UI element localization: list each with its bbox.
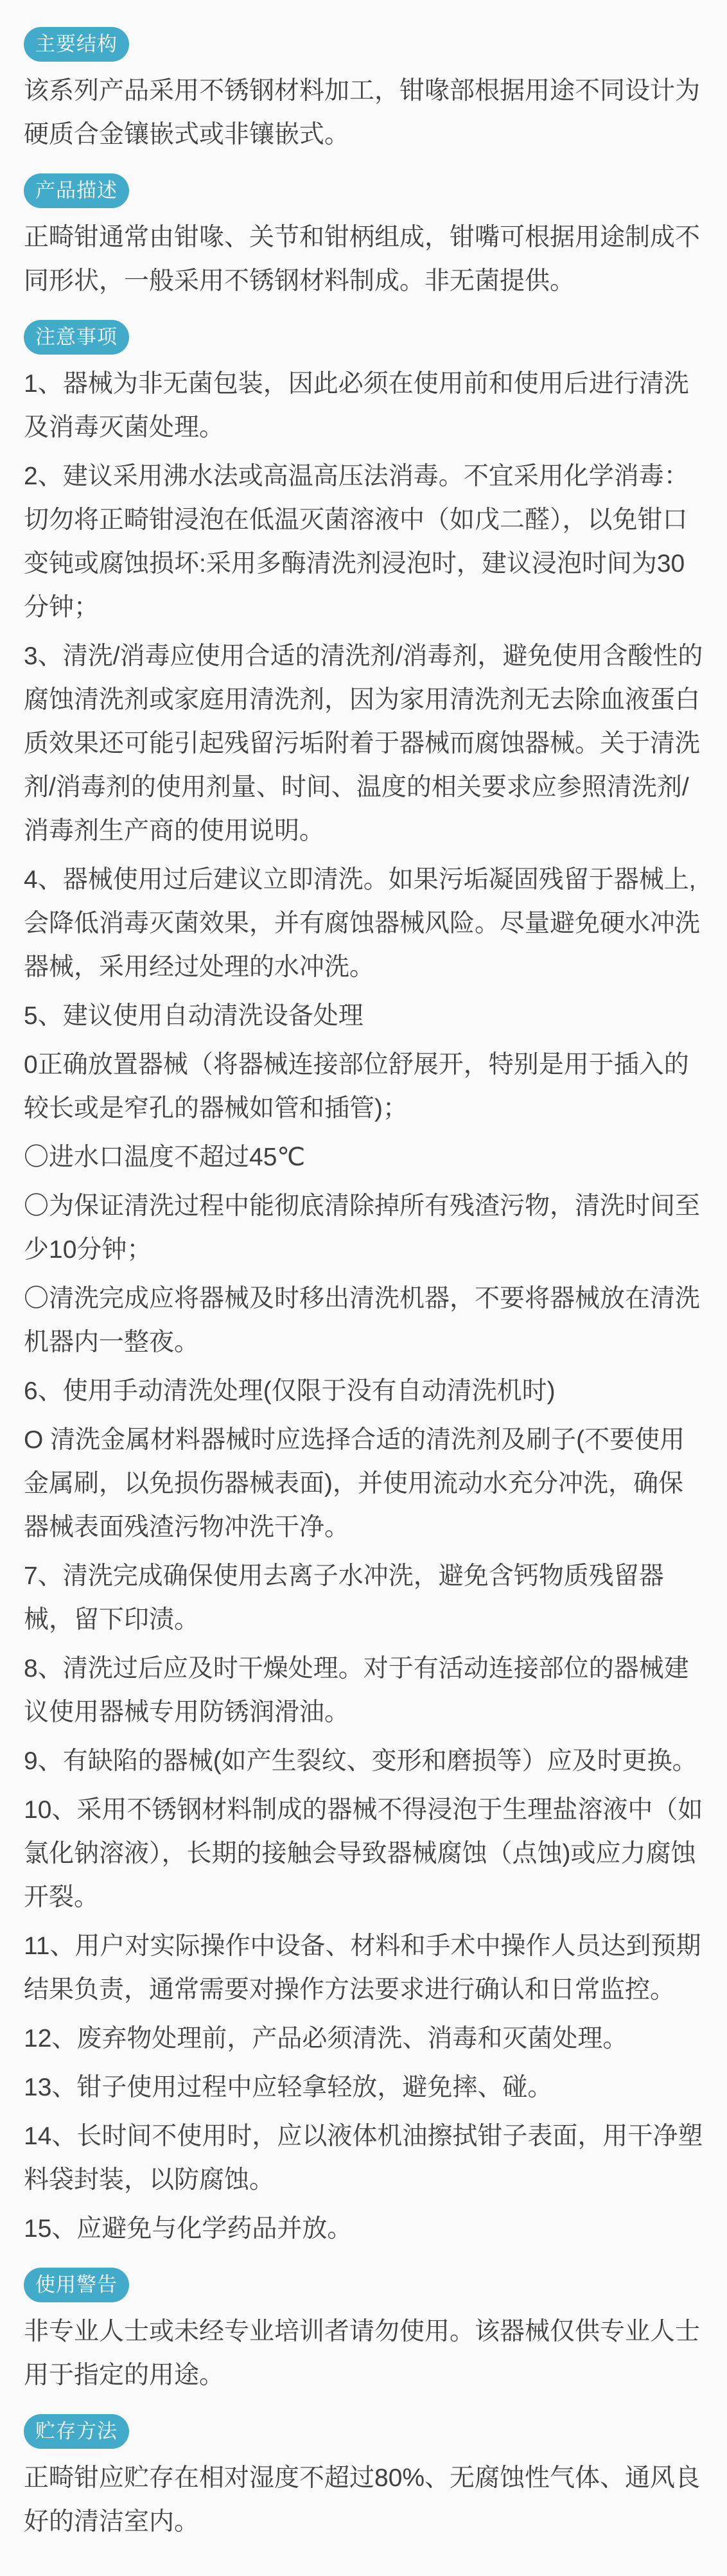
section-badge: 使用警告 [24,2268,129,2302]
section-badge: 主要结构 [24,27,129,62]
paragraph: 10、采用不锈钢材料制成的器械不得浸泡于生理盐溶液中（如氯化钠溶液），长期的接触… [24,1788,703,1919]
product-info-page: 主要结构 该系列产品采用不锈钢材料加工，钳喙部根据用途不同设计为硬质合金镶嵌式或… [0,0,727,2576]
section: 产品描述 正畸钳通常由钳喙、关节和钳柄组成，钳嘴可根据用途制成不同形状，一般采用… [24,163,703,303]
section-body: 1、器械为非无菌包装，因此必须在使用前和使用后进行清洗及消毒灭菌处理。2、建议采… [24,362,703,2251]
paragraph: 7、清洗完成确保使用去离子水冲洗，避免含钙物质残留器械，留下印渍。 [24,1555,703,1642]
section: 使用警告 非专业人士或未经专业培训者请勿使用。该器械仅供专业人士用于指定的用途。 [24,2257,703,2397]
paragraph: 4、器械使用过后建议立即清洗。如果污垢凝固残留于器械上,会降低消毒灭菌效果，并有… [24,858,703,989]
section: 主要结构 该系列产品采用不锈钢材料加工，钳喙部根据用途不同设计为硬质合金镶嵌式或… [24,27,703,157]
paragraph: 该系列产品采用不锈钢材料加工，钳喙部根据用途不同设计为硬质合金镶嵌式或非镶嵌式。 [24,69,703,157]
paragraph: 5、建议使用自动清洗设备处理 [24,994,703,1038]
paragraph: 非专业人士或未经专业培训者请勿使用。该器械仅供专业人士用于指定的用途。 [24,2310,703,2397]
paragraph: 2、建议采用沸水法或高温高压法消毒。不宜采用化学消毒：切勿将正畸钳浸泡在低温灭菌… [24,455,703,630]
paragraph: 0正确放置器械（将器械连接部位舒展开，特别是用于插入的较长或是窄孔的器械如管和插… [24,1043,703,1131]
paragraph: 8、清洗过后应及时干燥处理。对于有活动连接部位的器械建议使用器械专用防锈润滑油。 [24,1647,703,1734]
paragraph: 1、器械为非无菌包装，因此必须在使用前和使用后进行清洗及消毒灭菌处理。 [24,362,703,450]
section-badge: 注意事项 [24,320,129,355]
paragraph: 正畸钳通常由钳喙、关节和钳柄组成，钳嘴可根据用途制成不同形状，一般采用不锈钢材料… [24,216,703,303]
paragraph: 11、用户对实际操作中设备、材料和手术中操作人员达到预期结果负责，通常需要对操作… [24,1925,703,2012]
paragraph: 〇清洗完成应将器械及时移出清洗机器，不要将器械放在清洗机器内一整夜。 [24,1277,703,1364]
section-badge: 产品描述 [24,173,129,208]
section-body: 该系列产品采用不锈钢材料加工，钳喙部根据用途不同设计为硬质合金镶嵌式或非镶嵌式。 [24,69,703,157]
paragraph: O 清洗金属材料器械时应选择合适的清洗剂及刷子(不要使用金属刷，以免损伤器械表面… [24,1418,703,1549]
paragraph: 正畸钳应贮存在相对湿度不超过80%、无腐蚀性气体、通风良好的清洁室内。 [24,2457,703,2544]
paragraph: 15、应避免与化学药品并放。 [24,2207,703,2251]
section: 注意事项 1、器械为非无菌包装，因此必须在使用前和使用后进行清洗及消毒灭菌处理。… [24,310,703,2251]
section-body: 正畸钳通常由钳喙、关节和钳柄组成，钳嘴可根据用途制成不同形状，一般采用不锈钢材料… [24,216,703,303]
paragraph: 3、清洗/消毒应使用合适的清洗剂/消毒剂，避免使用含酸性的腐蚀清洗剂或家庭用清洗… [24,635,703,853]
paragraph: 13、钳子使用过程中应轻拿轻放，避免摔、碰。 [24,2066,703,2110]
paragraph: 6、使用手动清洗处理(仅限于没有自动清洗机时) [24,1370,703,1413]
paragraph: 9、有缺陷的器械(如产生裂纹、变形和磨损等）应及时更换。 [24,1740,703,1783]
paragraph: 〇进水口温度不超过45℃ [24,1136,703,1179]
sections-container: 主要结构 该系列产品采用不锈钢材料加工，钳喙部根据用途不同设计为硬质合金镶嵌式或… [24,27,703,2544]
section: 贮存方法 正畸钳应贮存在相对湿度不超过80%、无腐蚀性气体、通风良好的清洁室内。 [24,2404,703,2544]
paragraph: 14、长时间不使用时，应以液体机油擦拭钳子表面，用干净塑料袋封装，以防腐蚀。 [24,2115,703,2202]
section-badge: 贮存方法 [24,2414,129,2449]
paragraph: 〇为保证清洗过程中能彻底清除掉所有残渣污物，清洗时间至少10分钟； [24,1185,703,1272]
paragraph: 12、废弃物处理前，产品必须清洗、消毒和灭菌处理。 [24,2017,703,2061]
section-body: 非专业人士或未经专业培训者请勿使用。该器械仅供专业人士用于指定的用途。 [24,2310,703,2397]
section-body: 正畸钳应贮存在相对湿度不超过80%、无腐蚀性气体、通风良好的清洁室内。 [24,2457,703,2544]
